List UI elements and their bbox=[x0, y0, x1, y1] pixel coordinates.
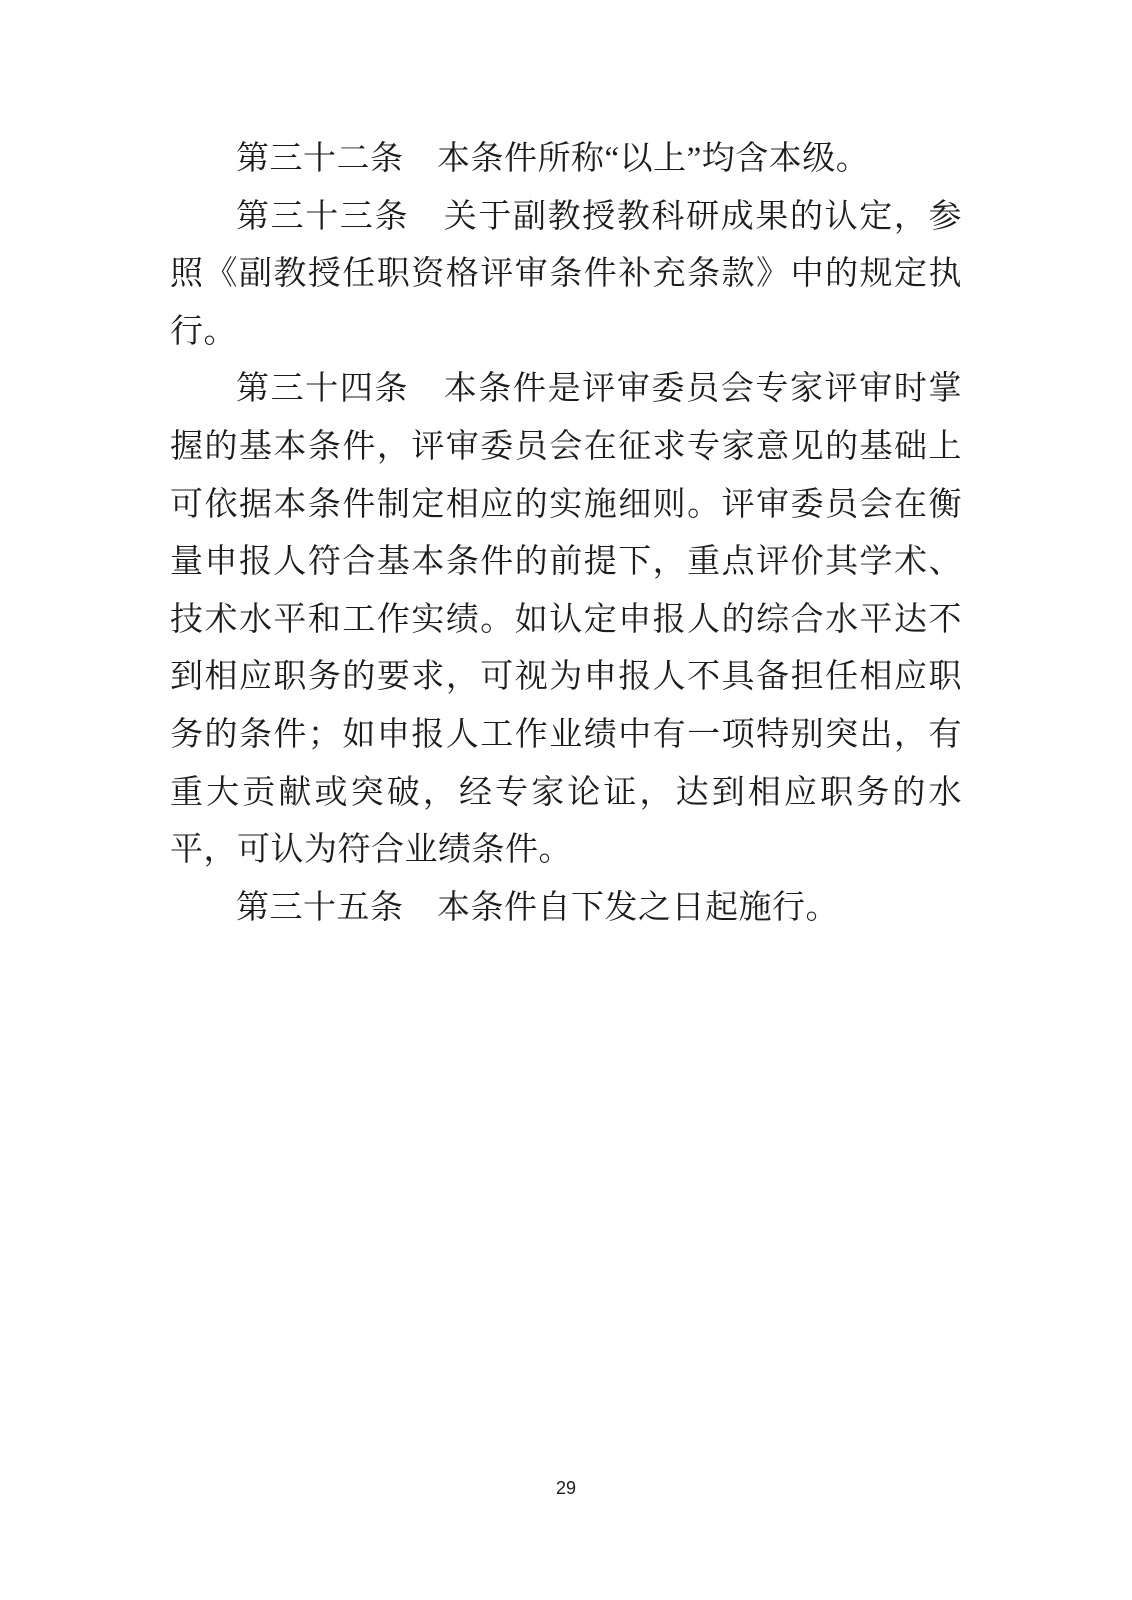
paragraph-article-35: 第三十五条 本条件自下发之日起施行。 bbox=[170, 880, 962, 938]
page-number: 29 bbox=[556, 1478, 576, 1498]
document-body: 第三十二条 本条件所称“以上”均含本级。 第三十三条 关于副教授教科研成果的认定… bbox=[170, 131, 962, 937]
paragraph-article-32: 第三十二条 本条件所称“以上”均含本级。 bbox=[170, 131, 962, 189]
document-page: 第三十二条 本条件所称“以上”均含本级。 第三十三条 关于副教授教科研成果的认定… bbox=[0, 0, 1132, 1600]
page-footer: 29 bbox=[0, 1478, 1132, 1499]
paragraph-article-33: 第三十三条 关于副教授教科研成果的认定，参照《副教授任职资格评审条件补充条款》中… bbox=[170, 189, 962, 362]
paragraph-article-34: 第三十四条 本条件是评审委员会专家评审时掌握的基本条件，评审委员会在征求专家意见… bbox=[170, 361, 962, 879]
